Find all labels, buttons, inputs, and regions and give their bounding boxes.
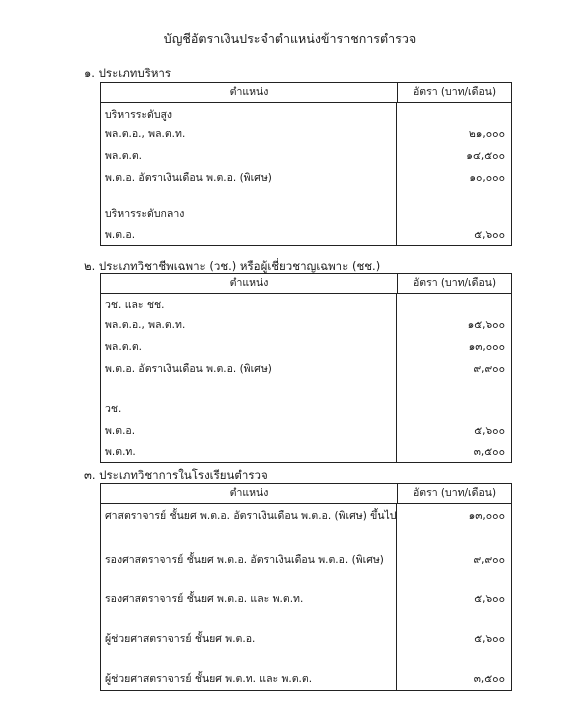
row-position: รองศาสตราจารย์ ชั้นยศ พ.ต.อ. และ พ.ต.ท. [105, 576, 396, 616]
section-heading-executive: ๑. ประเภทบริหาร [84, 65, 171, 83]
header-rate: อัตรา (บาท/เดือน) [398, 274, 511, 293]
header-rate: อัตรา (บาท/เดือน) [398, 484, 511, 503]
table-header: ตำแหน่ง อัตรา (บาท/เดือน) [101, 274, 511, 294]
row-rate: ๑๓,๐๐๐ [397, 336, 505, 358]
row-position: บริหารระดับสูง [105, 103, 396, 123]
row-rate: ๕,๖๐๐ [397, 576, 505, 616]
row-position: ศาสตราจารย์ ชั้นยศ พ.ต.อ. อัตราเงินเดือน… [105, 504, 396, 534]
header-position: ตำแหน่ง [101, 83, 398, 102]
row-position: พล.ต.อ., พล.ต.ท. [105, 123, 396, 145]
row-position: พ.ต.อ. [105, 225, 396, 245]
row-rate: ๙,๙๐๐ [397, 534, 505, 576]
table-header: ตำแหน่ง อัตรา (บาท/เดือน) [101, 484, 511, 504]
row-position: พล.ต.ต. [105, 145, 396, 167]
header-rate: อัตรา (บาท/เดือน) [398, 83, 511, 102]
header-position: ตำแหน่ง [101, 484, 398, 503]
row-rate: ๑๕,๖๐๐ [397, 314, 505, 336]
row-position: รองศาสตราจารย์ ชั้นยศ พ.ต.อ. อัตราเงินเด… [105, 534, 396, 576]
row-rate: ๕,๖๐๐ [397, 616, 505, 656]
row-rate [397, 380, 505, 398]
row-position: พ.ต.อ. อัตราเงินเดือน พ.ต.อ. (พิเศษ) [105, 167, 396, 189]
table-executive: ตำแหน่ง อัตรา (บาท/เดือน) บริหารระดับสูง… [100, 82, 512, 246]
row-rate [397, 398, 505, 420]
row-rate: ๑๐,๐๐๐ [397, 167, 505, 189]
row-position: วช. และ ชช. [105, 294, 396, 314]
table-academic: ตำแหน่ง อัตรา (บาท/เดือน) ศาสตราจารย์ ชั… [100, 483, 512, 691]
table-header: ตำแหน่ง อัตรา (บาท/เดือน) [101, 83, 511, 103]
row-position: วช. [105, 398, 396, 420]
row-rate [397, 203, 505, 225]
row-position: พ.ต.อ. [105, 420, 396, 442]
row-rate: ๑๓,๐๐๐ [397, 504, 505, 534]
row-rate [397, 294, 505, 314]
row-rate [397, 103, 505, 123]
row-rate: ๓,๕๐๐ [397, 656, 505, 690]
row-position: บริหารระดับกลาง [105, 203, 396, 225]
row-rate: ๙,๙๐๐ [397, 358, 505, 380]
row-position [105, 189, 396, 203]
row-position: พล.ต.อ., พล.ต.ท. [105, 314, 396, 336]
row-rate: ๕,๖๐๐ [397, 225, 505, 245]
row-position: ผู้ช่วยศาสตราจารย์ ชั้นยศ พ.ต.อ. [105, 616, 396, 656]
row-rate: ๑๔,๕๐๐ [397, 145, 505, 167]
row-rate [397, 189, 505, 203]
table-professional: ตำแหน่ง อัตรา (บาท/เดือน) วช. และ ชช. พล… [100, 273, 512, 463]
row-position: พ.ต.อ. อัตราเงินเดือน พ.ต.อ. (พิเศษ) [105, 358, 396, 380]
row-position: พล.ต.ต. [105, 336, 396, 358]
row-rate: ๓,๕๐๐ [397, 442, 505, 462]
row-rate: ๒๑,๐๐๐ [397, 123, 505, 145]
header-position: ตำแหน่ง [101, 274, 398, 293]
document-title: บัญชีอัตราเงินประจำตำแหน่งข้าราชการตำรวจ [0, 29, 580, 49]
row-position: พ.ต.ท. [105, 442, 396, 462]
row-position [105, 380, 396, 398]
row-position: ผู้ช่วยศาสตราจารย์ ชั้นยศ พ.ต.ท. และ พ.ต… [105, 656, 396, 690]
row-rate: ๕,๖๐๐ [397, 420, 505, 442]
